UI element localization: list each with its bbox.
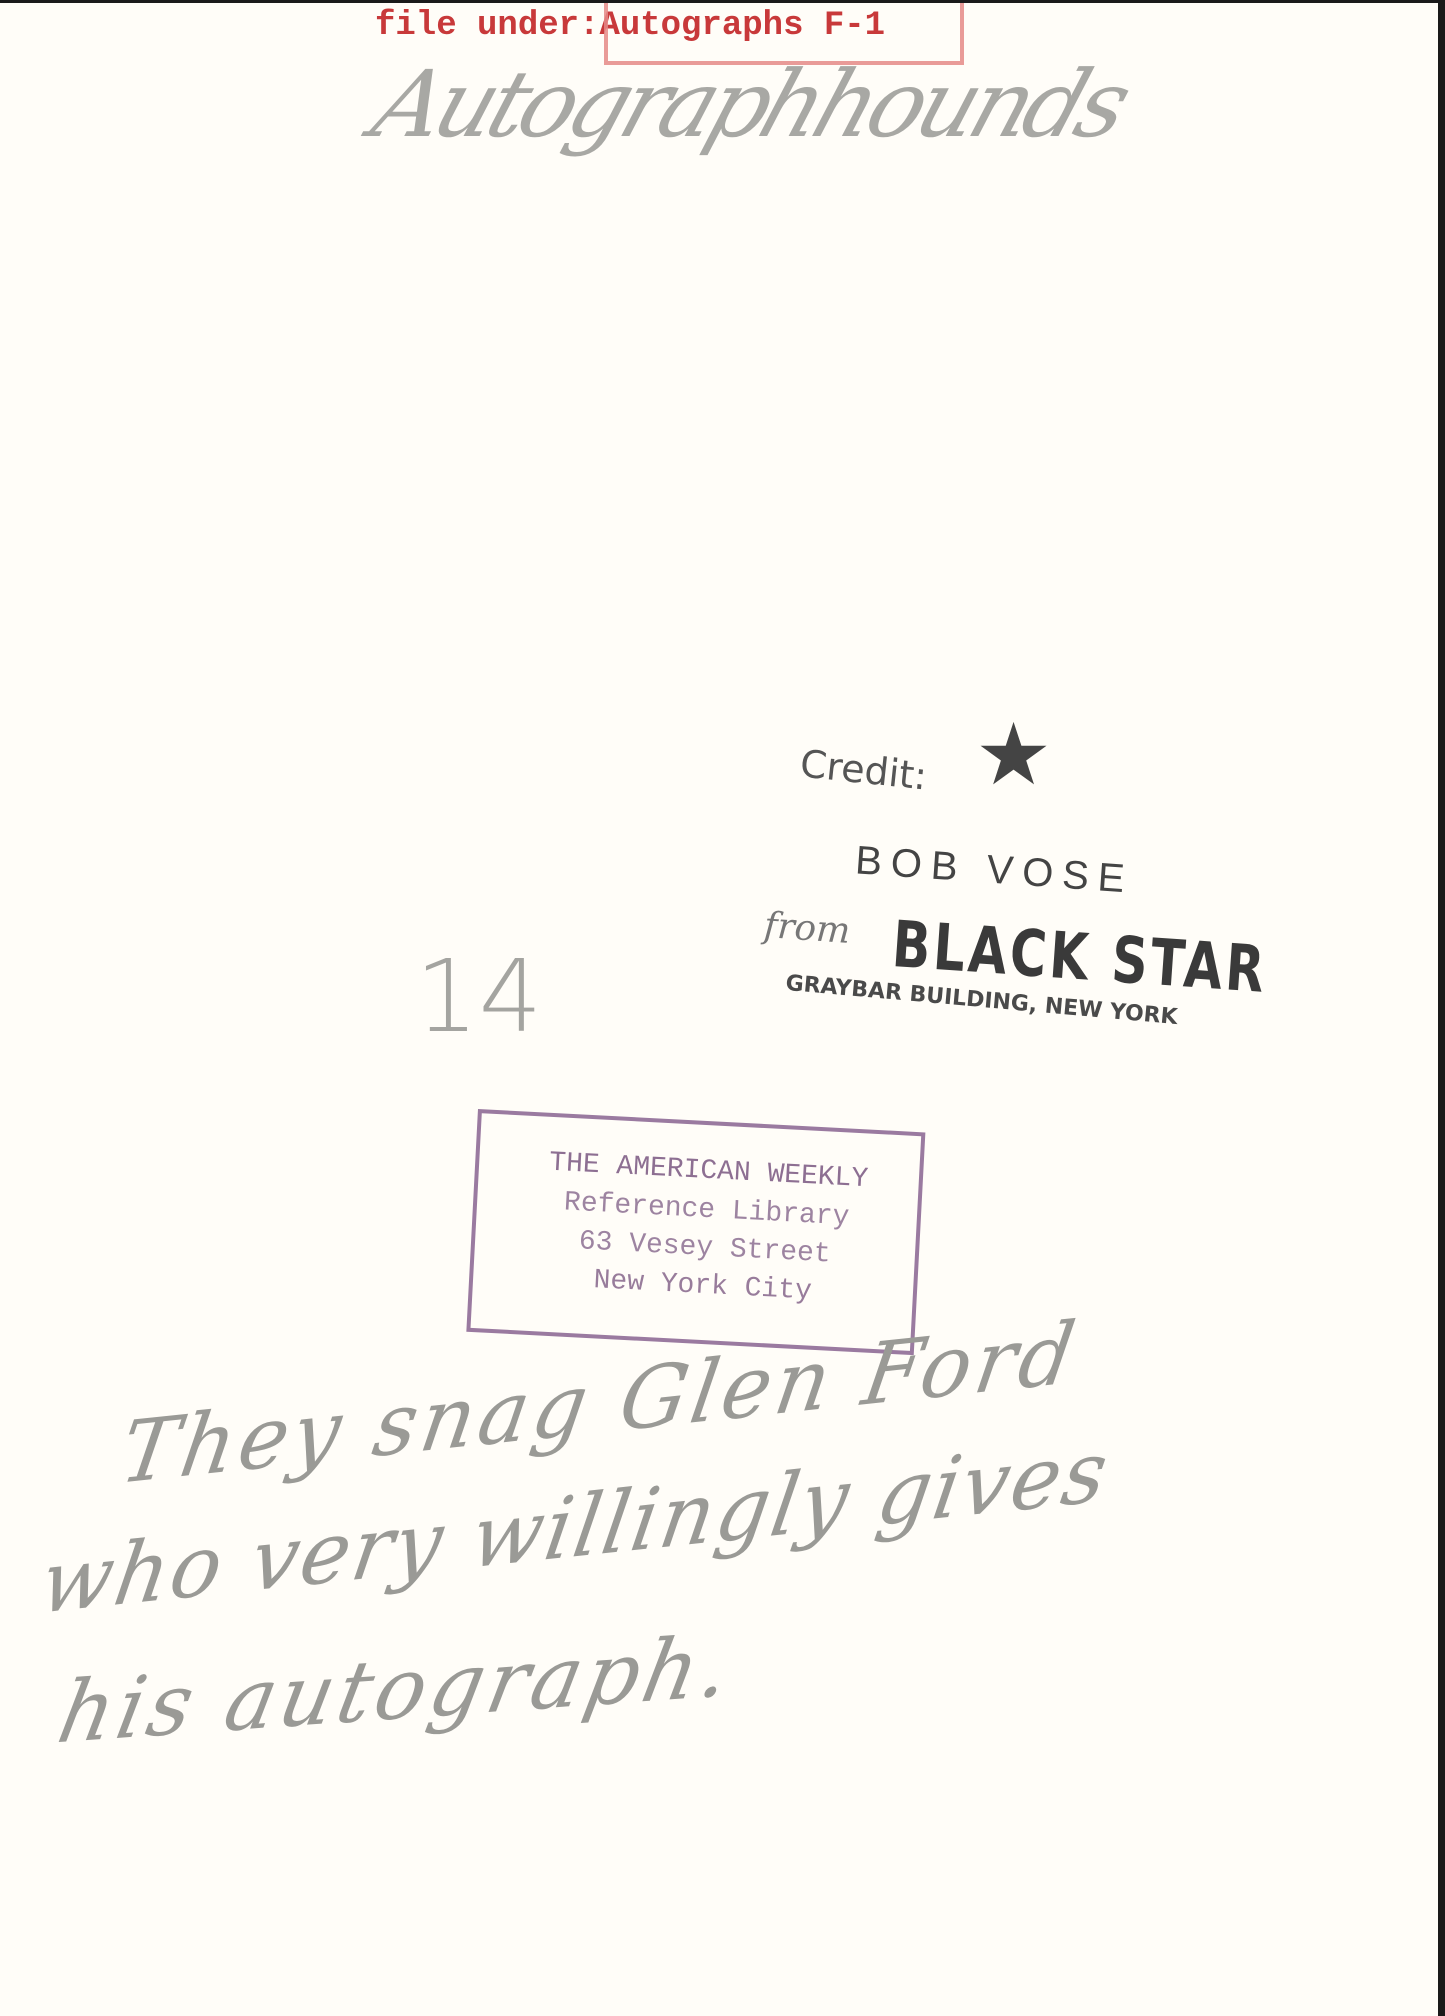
file-under-prefix: file under: xyxy=(375,7,599,45)
pencil-heading: Autographhounds xyxy=(361,51,1139,158)
caption-line-3: his autograph. xyxy=(51,1616,743,1763)
from-label: from xyxy=(763,905,852,952)
library-stamp: THE AMERICAN WEEKLY Reference Library 63… xyxy=(492,1141,919,1317)
star-icon: ★ xyxy=(975,705,1052,805)
credit-label: Credit: xyxy=(798,741,929,798)
photo-back-paper: file under:Autographs F-1 Autographhound… xyxy=(0,3,1438,2016)
photographer-name: BOB VOSE xyxy=(854,838,1135,902)
page-number: 14 xyxy=(415,938,542,1055)
